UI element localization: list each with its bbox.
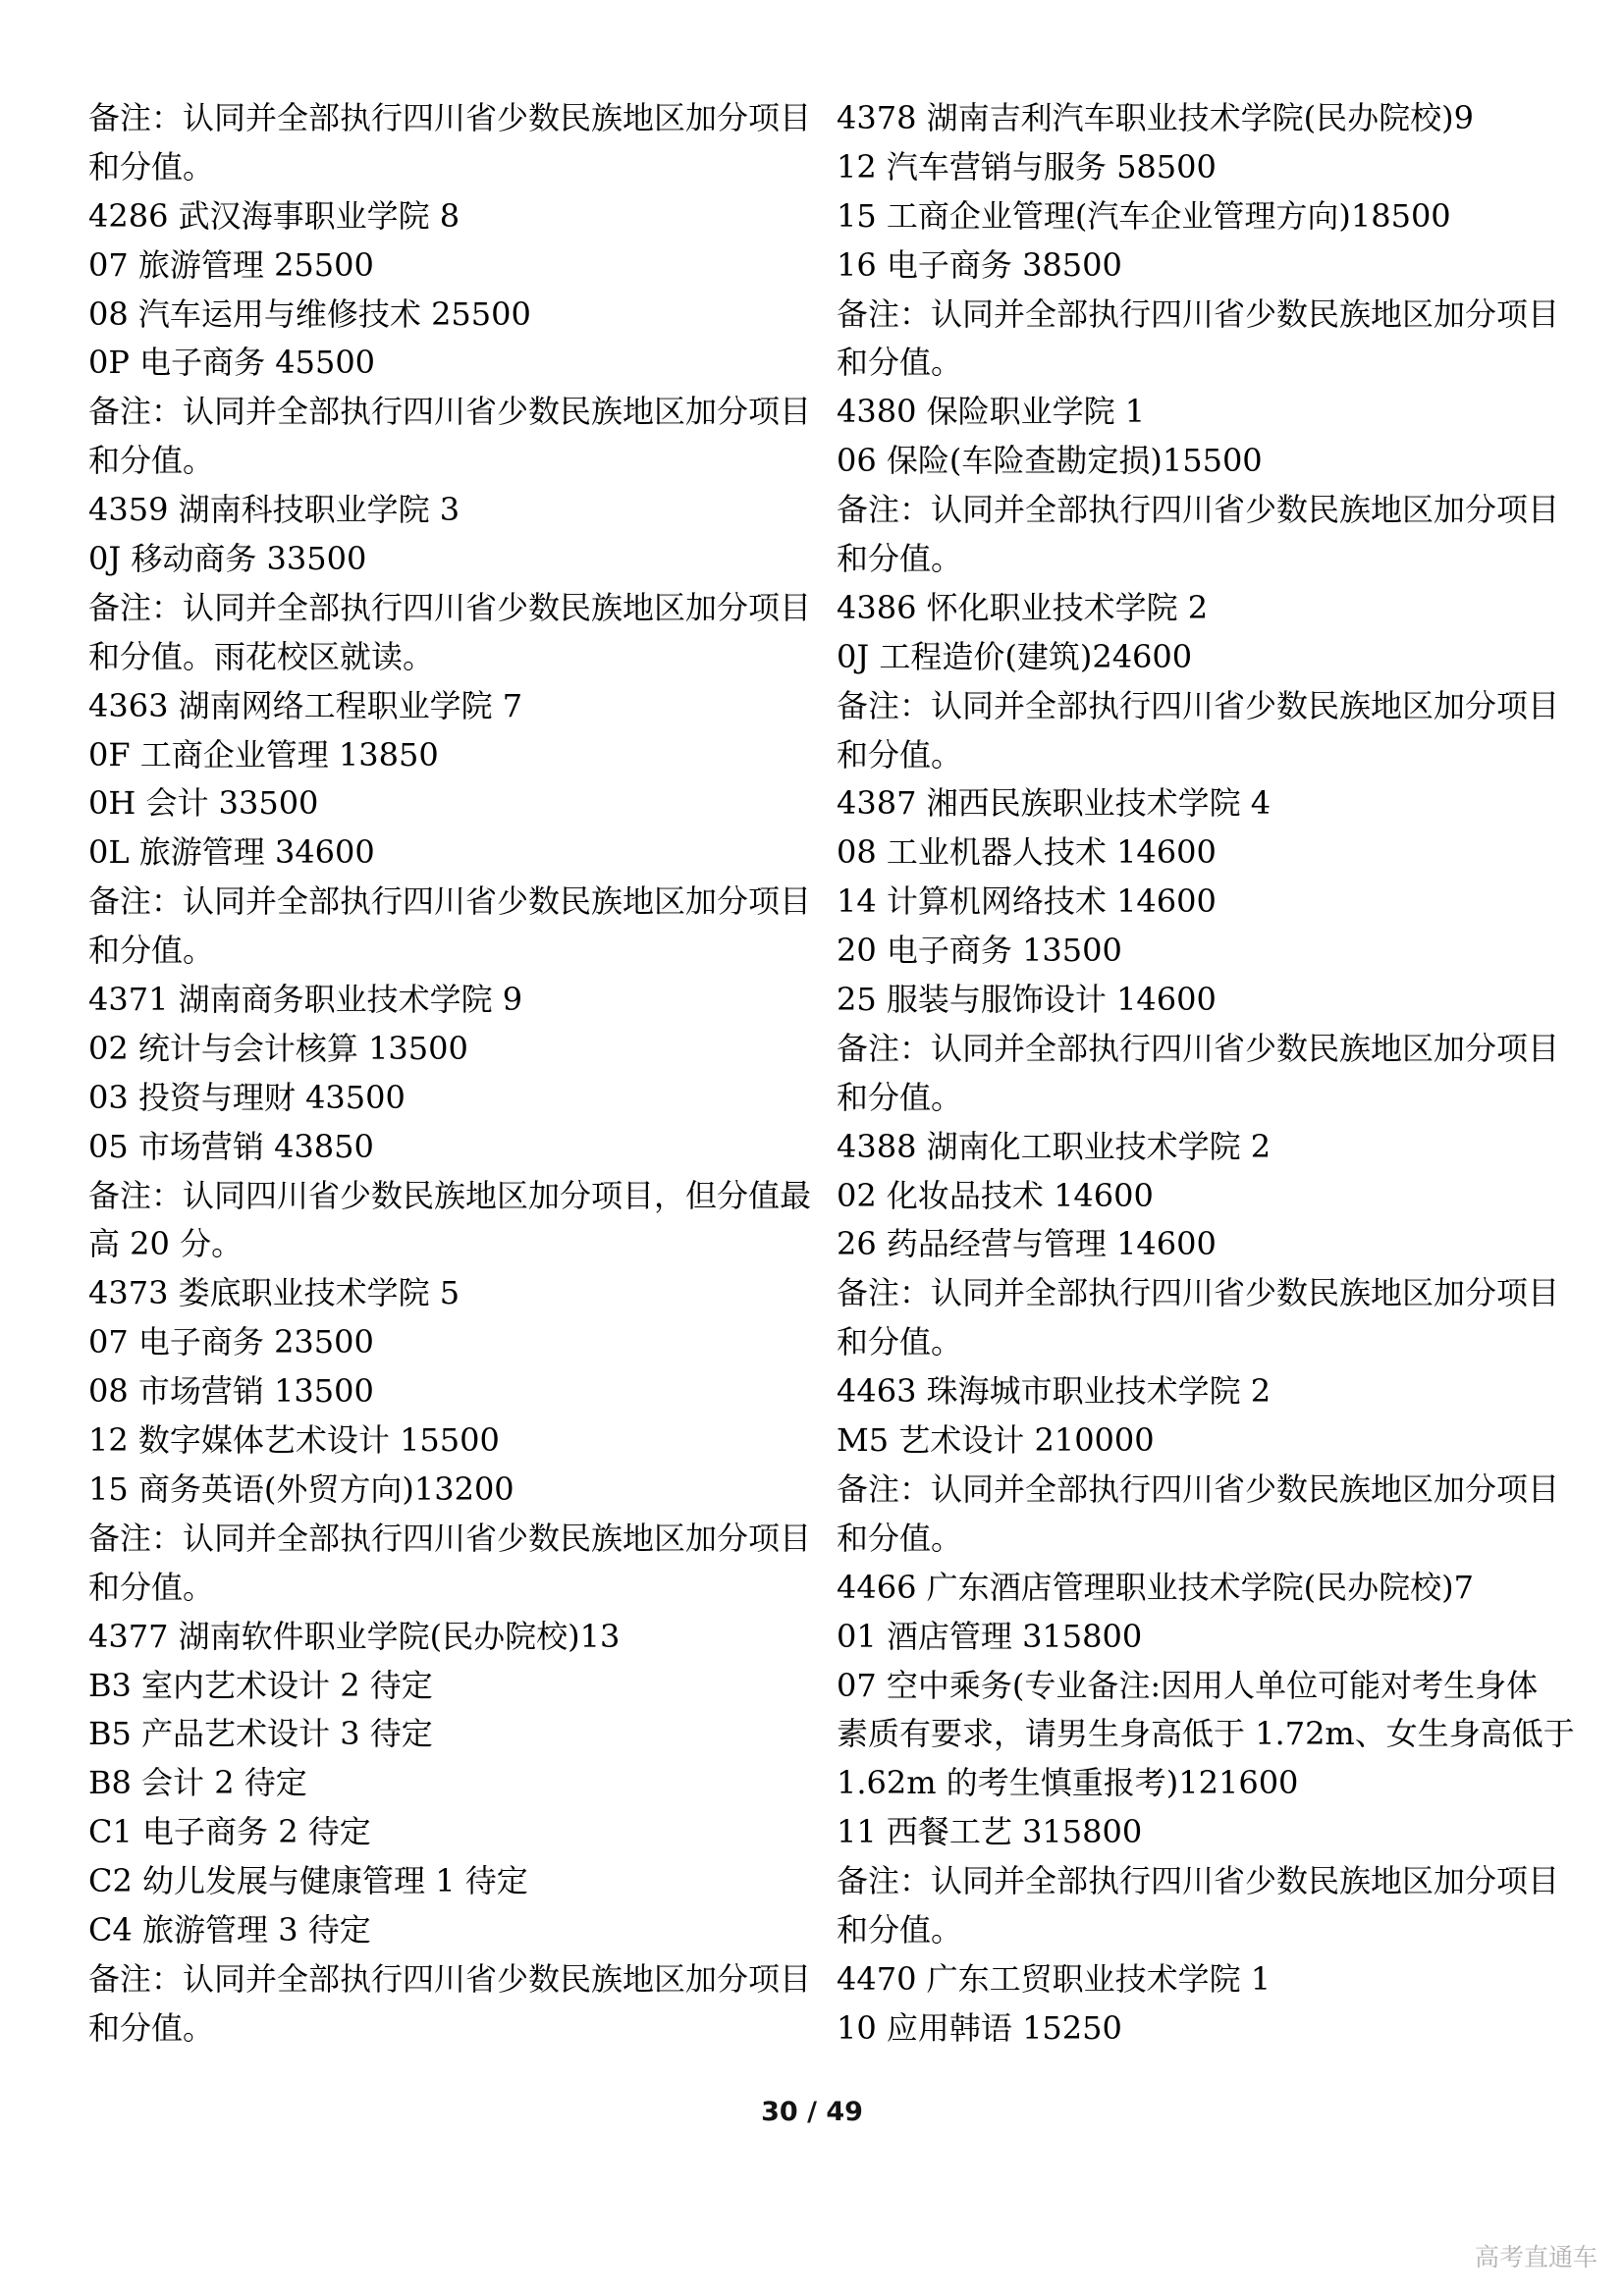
text-line: 4388 湖南化工职业技术学院 2 — [837, 1123, 1555, 1172]
text-line: 08 市场营销 13500 — [88, 1367, 807, 1416]
text-line: 01 酒店管理 315800 — [837, 1613, 1555, 1662]
text-line: 0L 旅游管理 34600 — [88, 828, 807, 878]
text-line: 4373 娄底职业技术学院 5 — [88, 1269, 807, 1318]
text-line: 和分值。雨花校区就读。 — [88, 633, 807, 682]
text-line: 素质有要求，请男生身高低于 1.72m、女生身高低于 — [837, 1710, 1555, 1759]
text-line: 备注：认同并全部执行四川省少数民族地区加分项目 — [837, 682, 1555, 731]
text-line: 和分值。 — [88, 143, 807, 192]
text-line: 07 电子商务 23500 — [88, 1318, 807, 1367]
text-line: 12 汽车营销与服务 58500 — [837, 143, 1555, 192]
text-line: 备注：认同并全部执行四川省少数民族地区加分项目 — [88, 1955, 807, 2004]
text-line: 和分值。 — [88, 437, 807, 486]
text-line: 4371 湖南商务职业技术学院 9 — [88, 976, 807, 1025]
text-line: 4386 怀化职业技术学院 2 — [837, 584, 1555, 633]
text-line: 26 药品经营与管理 14600 — [837, 1220, 1555, 1269]
text-line: 0P 电子商务 45500 — [88, 339, 807, 388]
text-line: 4359 湖南科技职业学院 3 — [88, 486, 807, 535]
text-line: 备注：认同并全部执行四川省少数民族地区加分项目 — [88, 94, 807, 143]
text-line: 10 应用韩语 15250 — [837, 2004, 1555, 2054]
text-line: 备注：认同并全部执行四川省少数民族地区加分项目 — [837, 486, 1555, 535]
text-line: 4378 湖南吉利汽车职业技术学院(民办院校)9 — [837, 94, 1555, 143]
text-line: 备注：认同并全部执行四川省少数民族地区加分项目 — [88, 388, 807, 437]
text-line: 和分值。 — [88, 1564, 807, 1613]
watermark-brand: 高考直通车 — [1475, 2238, 1597, 2273]
text-line: 14 计算机网络技术 14600 — [837, 878, 1555, 927]
text-line: 08 工业机器人技术 14600 — [837, 828, 1555, 878]
text-line: 20 电子商务 13500 — [837, 927, 1555, 976]
text-line: 备注：认同并全部执行四川省少数民族地区加分项目 — [837, 1025, 1555, 1074]
text-line: 0J 工程造价(建筑)24600 — [837, 633, 1555, 682]
text-line: C1 电子商务 2 待定 — [88, 1808, 807, 1857]
text-line: 02 化妆品技术 14600 — [837, 1172, 1555, 1221]
text-column-left: 备注：认同并全部执行四川省少数民族地区加分项目和分值。4286 武汉海事职业学院… — [88, 94, 807, 2054]
text-line: 备注：认同并全部执行四川省少数民族地区加分项目 — [88, 1515, 807, 1564]
text-line: 07 空中乘务(专业备注:因用人单位可能对考生身体 — [837, 1662, 1555, 1711]
text-line: 4377 湖南软件职业学院(民办院校)13 — [88, 1613, 807, 1662]
text-line: 15 工商企业管理(汽车企业管理方向)18500 — [837, 192, 1555, 241]
page-footer: 30 / 49 — [0, 2097, 1624, 2127]
text-line: 高 20 分。 — [88, 1220, 807, 1269]
text-column-right: 4378 湖南吉利汽车职业技术学院(民办院校)912 汽车营销与服务 58500… — [837, 94, 1555, 2054]
text-line: 0F 工商企业管理 13850 — [88, 731, 807, 780]
text-line: 备注：认同并全部执行四川省少数民族地区加分项目 — [88, 584, 807, 633]
text-line: 备注：认同并全部执行四川省少数民族地区加分项目 — [837, 1857, 1555, 1906]
text-line: 25 服装与服饰设计 14600 — [837, 976, 1555, 1025]
text-line: 和分值。 — [837, 1074, 1555, 1123]
text-line: 15 商务英语(外贸方向)13200 — [88, 1466, 807, 1515]
text-line: 11 西餐工艺 315800 — [837, 1808, 1555, 1857]
page-number: 30 / 49 — [761, 2097, 863, 2127]
text-line: 16 电子商务 38500 — [837, 241, 1555, 291]
text-line: 4463 珠海城市职业技术学院 2 — [837, 1367, 1555, 1416]
text-line: 1.62m 的考生慎重报考)121600 — [837, 1759, 1555, 1808]
text-line: 和分值。 — [837, 1906, 1555, 1955]
text-line: 12 数字媒体艺术设计 15500 — [88, 1416, 807, 1466]
text-line: 和分值。 — [837, 1515, 1555, 1564]
text-line: M5 艺术设计 210000 — [837, 1416, 1555, 1466]
text-line: 备注：认同并全部执行四川省少数民族地区加分项目 — [88, 878, 807, 927]
text-line: 07 旅游管理 25500 — [88, 241, 807, 291]
text-line: 备注：认同并全部执行四川省少数民族地区加分项目 — [837, 291, 1555, 340]
text-line: 0H 会计 33500 — [88, 779, 807, 828]
text-line: 4470 广东工贸职业技术学院 1 — [837, 1955, 1555, 2004]
text-line: 和分值。 — [837, 731, 1555, 780]
text-line: 4466 广东酒店管理职业技术学院(民办院校)7 — [837, 1564, 1555, 1613]
document-page: 备注：认同并全部执行四川省少数民族地区加分项目和分值。4286 武汉海事职业学院… — [0, 0, 1624, 2296]
text-line: 备注：认同并全部执行四川省少数民族地区加分项目 — [837, 1269, 1555, 1318]
text-line: 和分值。 — [837, 339, 1555, 388]
text-line: 08 汽车运用与维修技术 25500 — [88, 291, 807, 340]
text-line: 4380 保险职业学院 1 — [837, 388, 1555, 437]
text-line: 和分值。 — [837, 535, 1555, 584]
text-line: 05 市场营销 43850 — [88, 1123, 807, 1172]
text-line: B5 产品艺术设计 3 待定 — [88, 1710, 807, 1759]
text-line: 备注：认同四川省少数民族地区加分项目，但分值最 — [88, 1172, 807, 1221]
text-line: C2 幼儿发展与健康管理 1 待定 — [88, 1857, 807, 1906]
text-line: B8 会计 2 待定 — [88, 1759, 807, 1808]
text-line: 和分值。 — [88, 927, 807, 976]
text-line: 4363 湖南网络工程职业学院 7 — [88, 682, 807, 731]
text-line: 备注：认同并全部执行四川省少数民族地区加分项目 — [837, 1466, 1555, 1515]
text-line: 4387 湘西民族职业技术学院 4 — [837, 779, 1555, 828]
text-line: 06 保险(车险查勘定损)15500 — [837, 437, 1555, 486]
text-line: 0J 移动商务 33500 — [88, 535, 807, 584]
text-line: 和分值。 — [837, 1318, 1555, 1367]
text-line: B3 室内艺术设计 2 待定 — [88, 1662, 807, 1711]
text-line: 和分值。 — [88, 2004, 807, 2054]
text-line: C4 旅游管理 3 待定 — [88, 1906, 807, 1955]
text-line: 4286 武汉海事职业学院 8 — [88, 192, 807, 241]
text-line: 03 投资与理财 43500 — [88, 1074, 807, 1123]
text-line: 02 统计与会计核算 13500 — [88, 1025, 807, 1074]
